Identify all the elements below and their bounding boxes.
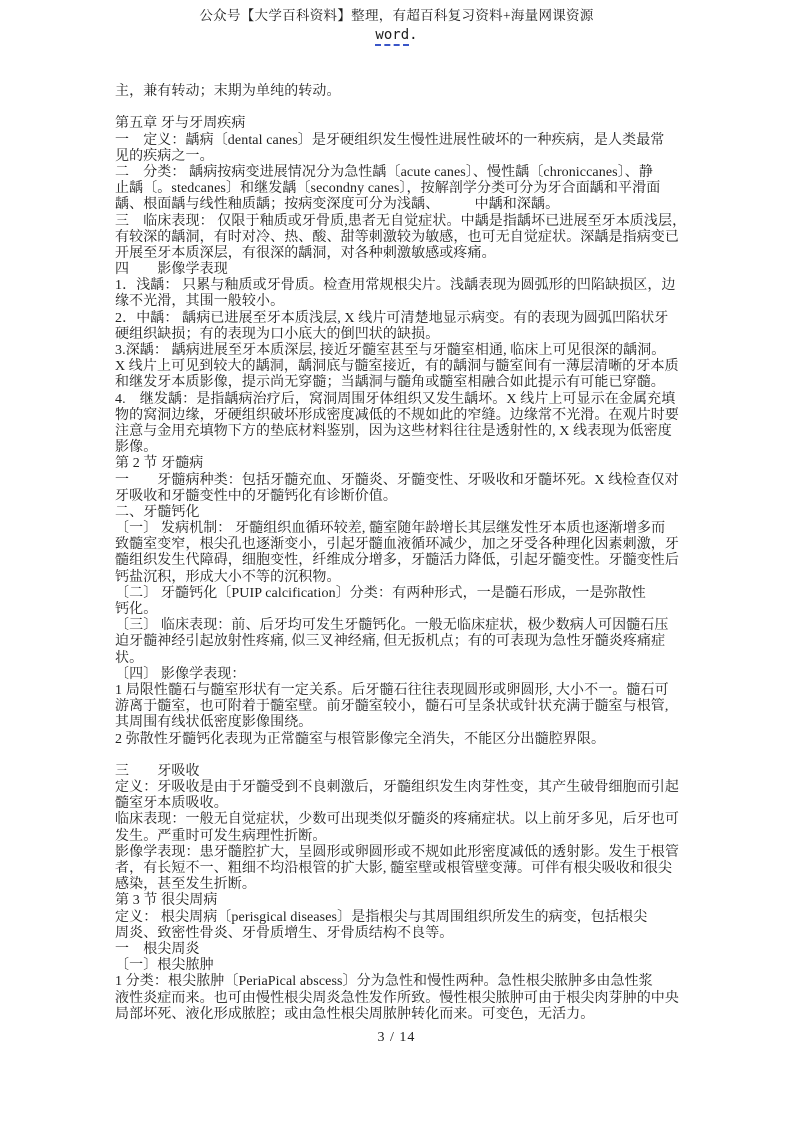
text-line: 髓室牙本质吸收。 bbox=[115, 796, 685, 812]
text-line: 第 3 节 很尖周病 bbox=[115, 893, 685, 909]
text-line: 定义： 根尖周病〔perisgical diseases〕是指根尖与其周围组织所… bbox=[115, 910, 685, 926]
text-line: 〔四〕 影像学表现： bbox=[115, 667, 685, 683]
text-line: 三 临床表现： 仅限于釉质或牙骨质,患者无自觉症状。中龋是指龋坏已进展至牙本质浅… bbox=[115, 214, 685, 230]
text-line: 一 根尖周炎 bbox=[115, 942, 685, 958]
text-line: 1 局限性髓石与髓室形状有一定关系。后牙髓石往往表现圆形或卵圆形, 大小不一。髓… bbox=[115, 683, 685, 699]
text-line: 〔一〕根尖脓肿 bbox=[115, 958, 685, 974]
text-line: 一 牙髓病种类：包括牙髓充血、牙髓炎、牙髓变性、牙吸收和牙髓坏死。X 线检查仅对 bbox=[115, 473, 685, 489]
header-source-note: 公众号【大学百科资料】整理，有超百科复习资料+海量网课资源 bbox=[0, 6, 793, 25]
text-line: 其周围有线状低密度影像围绕。 bbox=[115, 715, 685, 731]
text-line: 止龋〔。stedcanes〕和继发龋〔secondny canes〕，按解剖学分… bbox=[115, 181, 685, 197]
text-line: 感染，甚至发生折断。 bbox=[115, 877, 685, 893]
text-line: 一 定义：龋病〔dental canes〕是牙硬组织发生慢性进展性破坏的一种疾病… bbox=[115, 133, 685, 149]
text-line: 二、牙髓钙化 bbox=[115, 505, 685, 521]
text-line: 有较深的龋洞，有时对冷、热、酸、甜等刺激较为敏感，也可无自觉症状。深龋是指病变已 bbox=[115, 230, 685, 246]
doc-type-row: word. bbox=[0, 27, 793, 43]
text-line: 注意与金用充填物下方的垫底材料鉴别，因为这些材料往往是透射性的, X 线表现为低… bbox=[115, 424, 685, 440]
text-line bbox=[115, 748, 685, 764]
text-line: X 线片上可见到较大的龋洞，龋洞底与髓室接近，有的龋洞与髓室间有一薄层清晰的牙本… bbox=[115, 359, 685, 375]
text-line: 钙盐沉积，形成大小不等的沉积物。 bbox=[115, 570, 685, 586]
text-line: 迫牙髓神经引起放射性疼痛, 似三叉神经痛, 但无扳机点；有的可表现为急性牙髓炎疼… bbox=[115, 634, 685, 650]
text-line: 〔一〕 发病机制： 牙髓组织血循环较差, 髓室随年龄增长其层继发性牙本质也逐渐增… bbox=[115, 521, 685, 537]
text-line: 二 分类： 龋病按病变进展情况分为急性龋〔acute canes〕、慢性龋〔ch… bbox=[115, 165, 685, 181]
text-line: 硬组织缺损；有的表现为口小底大的倒凹状的缺损。 bbox=[115, 327, 685, 343]
text-line: 第五章 牙与牙周疾病 bbox=[115, 116, 685, 132]
text-line: 影像学表现：患牙髓腔扩大，呈圆形或卵圆形或不规如此形密度减低的透射影。发生于根管 bbox=[115, 845, 685, 861]
text-line: 三 牙吸收 bbox=[115, 764, 685, 780]
text-line: 钙化。 bbox=[115, 602, 685, 618]
document-body: 主，兼有转动；末期为单纯的转动。 第五章 牙与牙周疾病一 定义：龋病〔denta… bbox=[115, 84, 685, 1023]
text-line: 见的疾病之一。 bbox=[115, 149, 685, 165]
text-line: 游离于髓室，也可附着于髓室壁。前牙髓室较小，髓石可呈条状或针状充满于髓室与根管, bbox=[115, 699, 685, 715]
text-line: 龋、根面龋与线性釉质龋；按病变深度可分为浅龋、 中龋和深龋。 bbox=[115, 197, 685, 213]
text-line: 2 弥散性牙髓钙化表现为正常髓室与根管影像完全消失，不能区分出髓腔界限。 bbox=[115, 732, 685, 748]
text-line: 〔三〕 临床表现：前、后牙均可发生牙髓钙化。一般无临床症状，极少数病人可因髓石压 bbox=[115, 618, 685, 634]
text-line: 物的窝洞边缘，牙硬组织破坏形成密度减低的不规如此的窄缝。边缘常不光滑。在观片时要 bbox=[115, 408, 685, 424]
text-line: 影像。 bbox=[115, 440, 685, 456]
text-line: 定义：牙吸收是由于牙髓受到不良刺激后，牙髓组织发生肉芽性变，其产生破骨细胞而引起 bbox=[115, 780, 685, 796]
text-line: 开展至牙本质深层，有很深的龋洞，对各种刺激敏感或疼痛。 bbox=[115, 246, 685, 262]
text-line: 4. 继发龋：是指龋病治疗后，窝洞周围牙体组织又发生龋坏。X 线片上可显示在金属… bbox=[115, 392, 685, 408]
text-line: 周炎、致密性骨炎、牙骨质增生、牙骨质结构不良等。 bbox=[115, 926, 685, 942]
text-line: 临床表现：一般无自觉症状，少数可出现类似牙髓炎的疼痛症状。以上前牙多见，后牙也可 bbox=[115, 812, 685, 828]
doc-type-suffix: . bbox=[409, 27, 417, 43]
text-line: 四 影像学表现 bbox=[115, 262, 685, 278]
text-line bbox=[115, 100, 685, 116]
text-line: 〔二〕 牙髓钙化〔PUIP calcification〕分类：有两种形式，一是髓… bbox=[115, 586, 685, 602]
text-line: 1．浅龋： 只累与釉质或牙骨质。检查用常规根尖片。浅龋表现为圆弧形的凹陷缺损区，… bbox=[115, 278, 685, 294]
text-line: 发生。严重时可发生病理性折断。 bbox=[115, 829, 685, 845]
text-line: 主，兼有转动；末期为单纯的转动。 bbox=[115, 84, 685, 100]
text-line: 第 2 节 牙髓病 bbox=[115, 456, 685, 472]
page-number: 3 / 14 bbox=[0, 1030, 793, 1046]
text-line: 和继发牙本质影像，提示尚无穿髓；当龋洞与髓角或髓室相融合如此提示有可能已穿髓。 bbox=[115, 375, 685, 391]
text-line: 致髓室变窄，根尖孔也逐渐变小，引起牙髓血液循环减少，加之牙受各种理化因素刺激，牙 bbox=[115, 537, 685, 553]
text-line: 缘不光滑，其围一般较小。 bbox=[115, 294, 685, 310]
text-line: 髓组织发生代障碍，细胞变性，纤维成分增多，牙髓活力降低，引起牙髓变性。牙髓变性后 bbox=[115, 553, 685, 569]
text-line: 牙吸收和牙髓变性中的牙髓钙化有诊断价值。 bbox=[115, 489, 685, 505]
text-line: 1 分类：根尖脓肿〔PeriaPical abscess〕分为急性和慢性两种。急… bbox=[115, 974, 685, 990]
text-line: 液性炎症而来。也可由慢性根尖周炎急性发作所致。慢性根尖脓肿可由于根尖肉芽肿的中央 bbox=[115, 991, 685, 1007]
text-line: 局部坏死、液化形成脓腔；或由急性根尖周脓肿转化而来。可变色，无活力。 bbox=[115, 1007, 685, 1023]
text-line: 2．中龋： 龋病已进展至牙本质浅层, X 线片可清楚地显示病变。有的表现为圆弧凹… bbox=[115, 311, 685, 327]
doc-type-label: word bbox=[375, 27, 409, 46]
document-page: 公众号【大学百科资料】整理，有超百科复习资料+海量网课资源 word. 主，兼有… bbox=[0, 0, 793, 1122]
text-line: 状。 bbox=[115, 651, 685, 667]
text-line: 3.深龋： 龋病进展至牙本质深层, 接近牙髓室甚至与牙髓室相通, 临床上可见很深… bbox=[115, 343, 685, 359]
text-line: 者，有长短不一、粗细不均沿根管的扩大影, 髓室壁或根管壁变薄。可伴有根尖吸收和很… bbox=[115, 861, 685, 877]
